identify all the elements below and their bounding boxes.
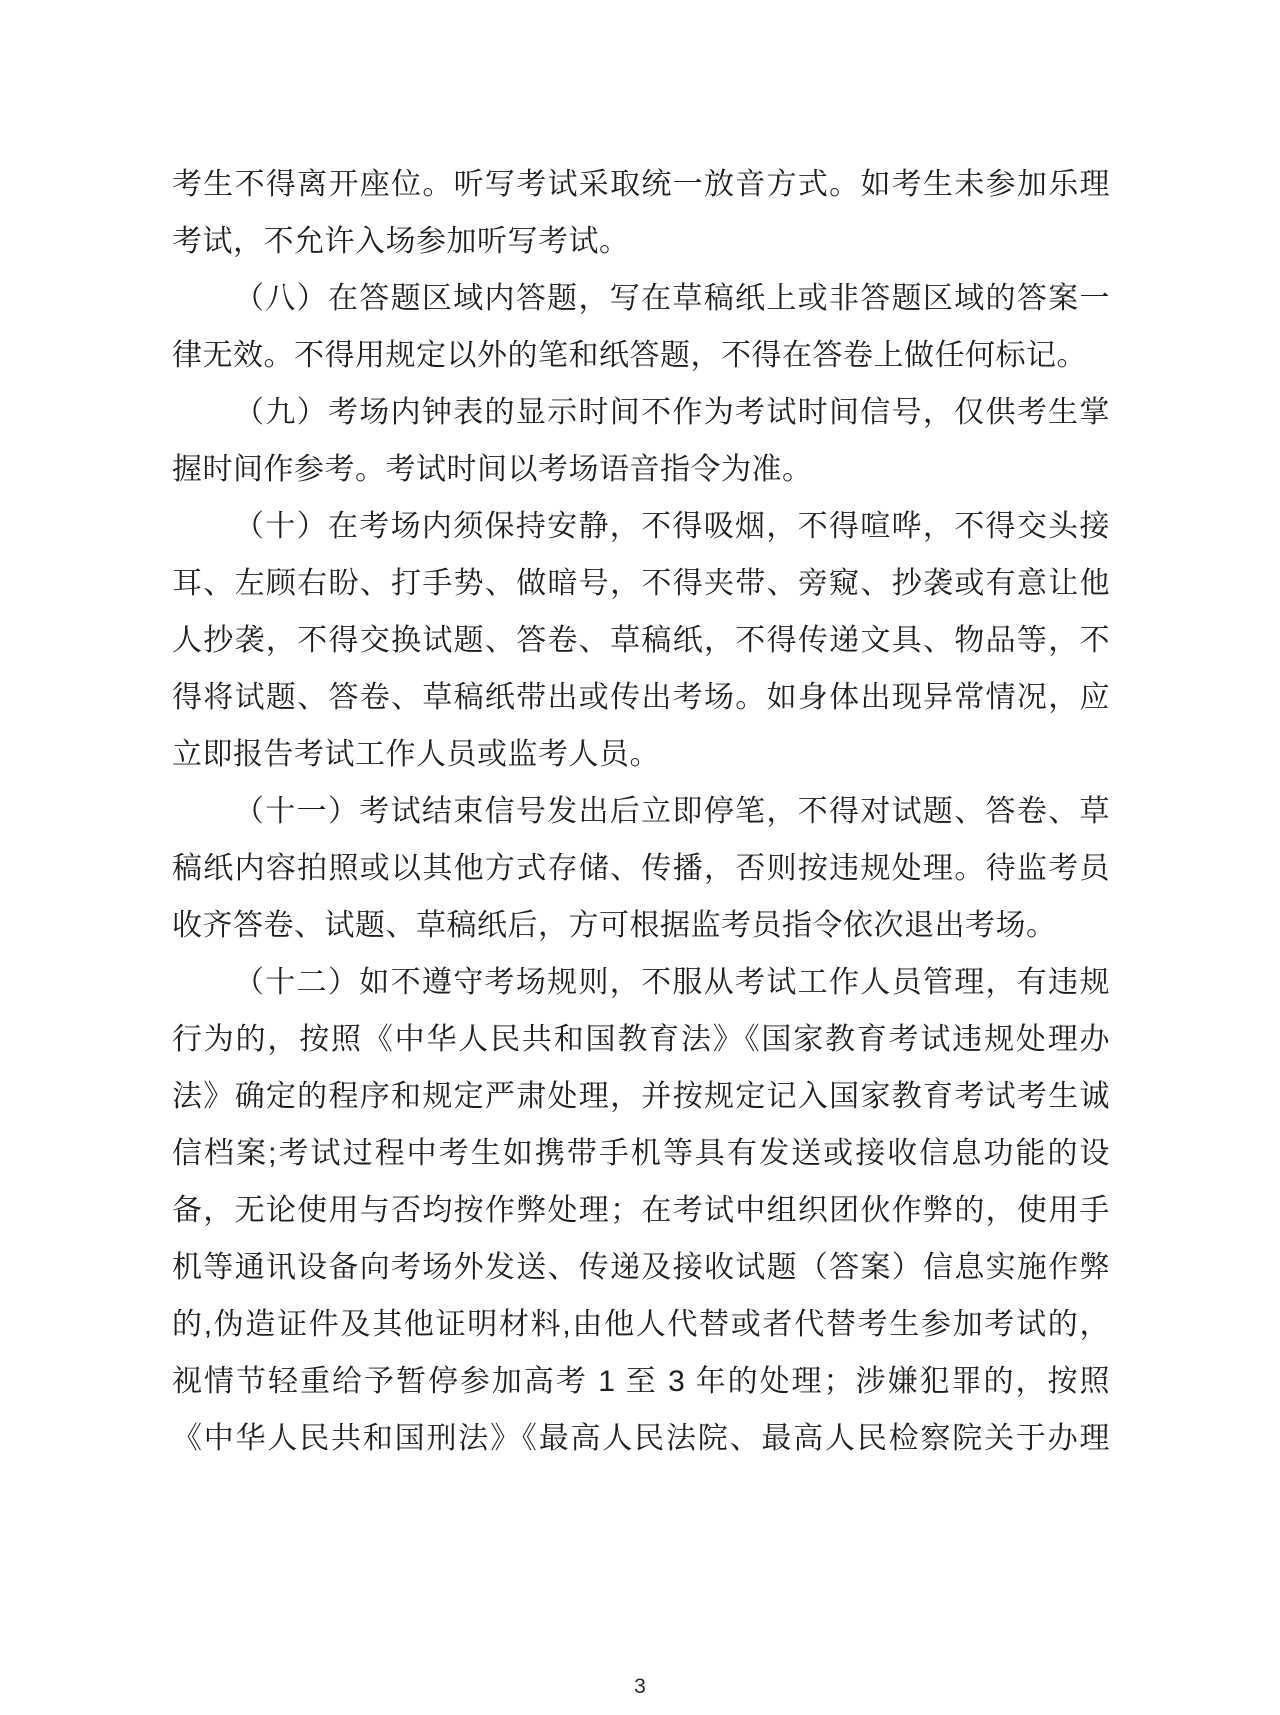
text-line: 行为的，按照《中华人民共和国教育法》《国家教育考试违规处理办 [172, 1011, 1110, 1068]
text-line: （十一）考试结束信号发出后立即停笔，不得对试题、答卷、草 [172, 783, 1110, 840]
text-line: 考生不得离开座位。听写考试采取统一放音方式。如考生未参加乐理 [172, 156, 1110, 213]
document-page: 考生不得离开座位。听写考试采取统一放音方式。如考生未参加乐理 考试，不允许入场参… [0, 0, 1280, 1715]
text-line: （十）在考场内须保持安静，不得吸烟，不得喧哗，不得交头接 [172, 498, 1110, 555]
text-line: 得将试题、答卷、草稿纸带出或传出考场。如身体出现异常情况，应 [172, 669, 1110, 726]
text-line: 耳、左顾右盼、打手势、做暗号，不得夹带、旁窥、抄袭或有意让他 [172, 555, 1110, 612]
text-line: 人抄袭，不得交换试题、答卷、草稿纸，不得传递文具、物品等，不 [172, 612, 1110, 669]
page-footer: 3 [0, 1675, 1280, 1699]
text-line: 视情节轻重给予暂停参加高考 1 至 3 年的处理；涉嫌犯罪的，按照 [172, 1353, 1110, 1410]
text-line: 收齐答卷、试题、草稿纸后，方可根据监考员指令依次退出考场。 [172, 897, 1110, 954]
text-line: 备，无论使用与否均按作弊处理；在考试中组织团伙作弊的，使用手 [172, 1182, 1110, 1239]
text-line: 信档案;考试过程中考生如携带手机等具有发送或接收信息功能的设 [172, 1125, 1110, 1182]
text-line: 法》确定的程序和规定严肃处理，并按规定记入国家教育考试考生诚 [172, 1068, 1110, 1125]
text-line: （十二）如不遵守考场规则，不服从考试工作人员管理，有违规 [172, 954, 1110, 1011]
page-number: 3 [634, 1675, 646, 1699]
text-line: 《中华人民共和国刑法》《最高人民法院、最高人民检察院关于办理 [172, 1410, 1110, 1467]
text-line: 机等通讯设备向考场外发送、传递及接收试题（答案）信息实施作弊 [172, 1239, 1110, 1296]
text-line: 立即报告考试工作人员或监考人员。 [172, 726, 1110, 783]
page-body: 考生不得离开座位。听写考试采取统一放音方式。如考生未参加乐理 考试，不允许入场参… [0, 0, 1280, 1467]
text-line: （九）考场内钟表的显示时间不作为考试时间信号，仅供考生掌 [172, 384, 1110, 441]
text-line: 稿纸内容拍照或以其他方式存储、传播，否则按违规处理。待监考员 [172, 840, 1110, 897]
text-line: 考试，不允许入场参加听写考试。 [172, 213, 1110, 270]
text-line: 的,伪造证件及其他证明材料,由他人代替或者代替考生参加考试的， [172, 1296, 1110, 1353]
text-line: 握时间作参考。考试时间以考场语音指令为准。 [172, 441, 1110, 498]
text-line: （八）在答题区域内答题，写在草稿纸上或非答题区域的答案一 [172, 270, 1110, 327]
text-line: 律无效。不得用规定以外的笔和纸答题，不得在答卷上做任何标记。 [172, 327, 1110, 384]
